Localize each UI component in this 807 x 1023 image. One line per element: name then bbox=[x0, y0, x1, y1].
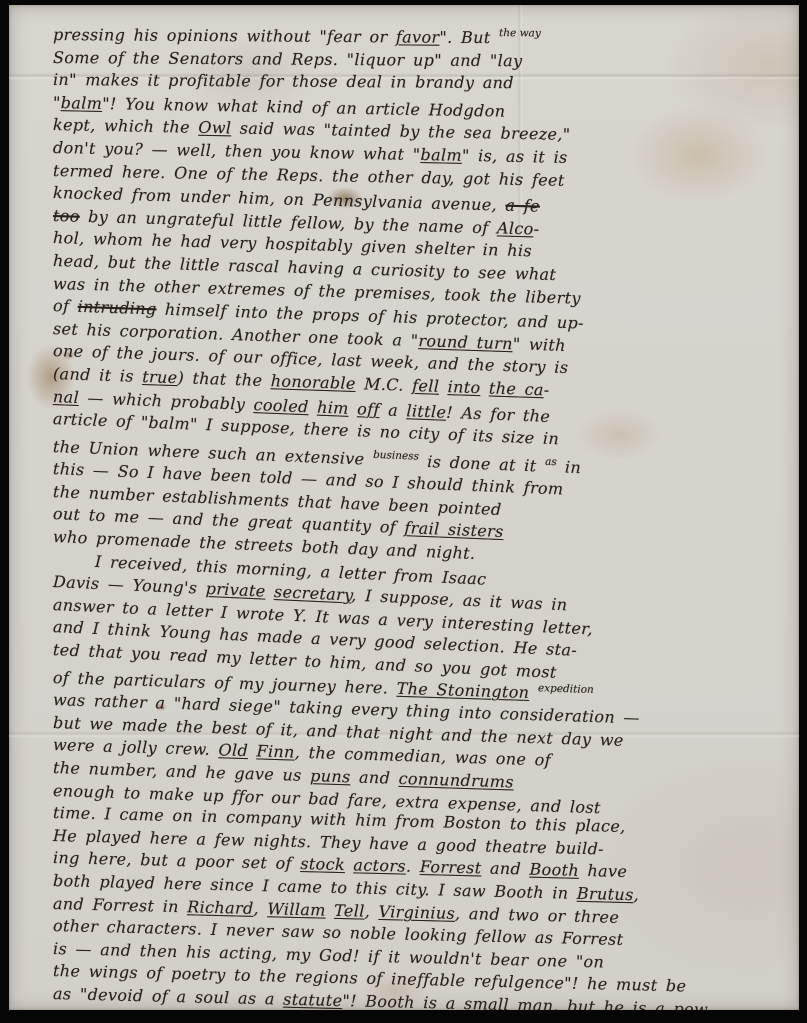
struck-out-text: too bbox=[53, 206, 80, 226]
underlined-text: balm bbox=[61, 93, 103, 113]
underlined-text: Booth bbox=[529, 860, 579, 880]
interline-insert: as bbox=[545, 455, 557, 467]
underlined-text: round turn bbox=[418, 331, 513, 353]
underlined-text: balm bbox=[420, 145, 462, 165]
interline-insert: expedition bbox=[538, 682, 594, 696]
underlined-text: fell bbox=[412, 376, 440, 396]
letter-page: pressing his opinions without "fear or f… bbox=[9, 5, 799, 1010]
underlined-text: connundrums bbox=[398, 769, 514, 792]
underlined-text: into bbox=[447, 377, 481, 397]
struck-out-text: a fe bbox=[505, 196, 540, 216]
underlined-text: The Stonington bbox=[396, 678, 529, 701]
underlined-text: stock bbox=[300, 854, 345, 874]
underlined-text: actors bbox=[353, 856, 406, 876]
manuscript-line: in" makes it profitable for those deal i… bbox=[53, 69, 785, 97]
underlined-text: Finn bbox=[256, 742, 295, 762]
underlined-text: cooled bbox=[253, 395, 309, 416]
underlined-text: nal bbox=[53, 387, 80, 407]
interline-insert: business bbox=[373, 449, 419, 463]
underlined-text: puns bbox=[310, 766, 351, 786]
underlined-text: Richard bbox=[187, 897, 254, 918]
underlined-text: frail sisters bbox=[404, 519, 504, 542]
underlined-text: him bbox=[317, 397, 349, 417]
underlined-text: Alco bbox=[497, 218, 534, 238]
underlined-text: private bbox=[205, 579, 266, 601]
underlined-text: Forrest bbox=[420, 857, 482, 878]
interline-insert: the way bbox=[499, 27, 541, 39]
underlined-text: Old bbox=[218, 741, 248, 761]
underlined-text: true bbox=[142, 367, 178, 387]
underlined-text: secretary bbox=[274, 582, 352, 604]
underlined-text: Brutus bbox=[577, 884, 634, 904]
manuscript-text: pressing his opinions without "fear or f… bbox=[53, 19, 785, 1006]
underlined-text: Willam bbox=[267, 899, 326, 919]
struck-out-text: intruding bbox=[77, 297, 156, 319]
underlined-text: off bbox=[357, 399, 380, 419]
underlined-text: Virginius bbox=[378, 902, 455, 923]
underlined-text: the ca bbox=[489, 378, 544, 399]
scan-background: pressing his opinions without "fear or f… bbox=[0, 0, 807, 1023]
underlined-text: honorable bbox=[270, 371, 356, 393]
underlined-text: favor bbox=[396, 27, 440, 46]
underlined-text: Owl bbox=[198, 118, 231, 138]
underlined-text: Tell bbox=[334, 900, 365, 920]
underlined-text: little bbox=[406, 401, 447, 422]
underlined-text: statute bbox=[283, 990, 343, 1010]
